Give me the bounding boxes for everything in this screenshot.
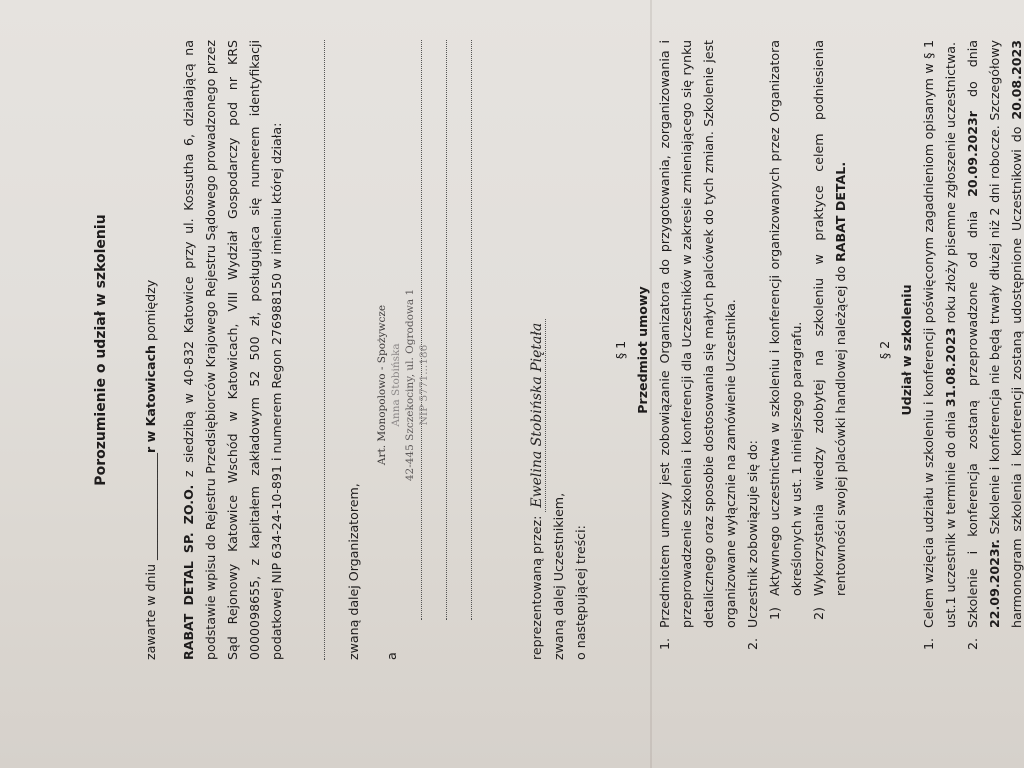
stamp-line-4: NIP 5771...186 (417, 260, 431, 510)
represented-by-label: reprezentowaną przez: (529, 516, 544, 660)
section-1-item-text: Uczestnik zobowiązuje się do: (745, 440, 760, 628)
concluded-suffix: pomiędzy (143, 280, 158, 341)
participant-blank-2 (432, 40, 447, 620)
place-label: r w Katowicach (143, 345, 158, 453)
document-page-rotated: Porozumienie o udział w szkoleniu zawart… (0, 0, 1024, 768)
organizer-block: RABAT DETAL SP. ZO.O. z siedzibą w 40-83… (178, 40, 288, 660)
organizer-representative-blank (310, 40, 325, 660)
participant-called-as: zwaną dalej Uczestnikiem, (548, 40, 570, 660)
subitem-text: Wykorzystania wiedzy zdobytej na szkolen… (808, 40, 852, 596)
representative-line: reprezentowaną przez: Ewelina Stobińska … (526, 40, 548, 660)
section-1-subitem: 1)Aktywnego uczestnictwa w szkoleniu i k… (764, 40, 808, 620)
item-text: Szkolenie i konferencja zostaną przeprow… (965, 197, 980, 628)
document-title: Porozumienie o udział w szkoleniu (90, 40, 112, 660)
subitem-text: Aktywnego uczestnictwa w szkoleniu i kon… (764, 40, 808, 596)
represented-by-signature: Ewelina Stobińska Piętała (529, 319, 546, 512)
participant-letter: a (381, 650, 403, 660)
participant-block: a Art. Monopolowo - Spożywcze Anna Stobi… (381, 40, 482, 660)
participant-stamp: Art. Monopolowo - Spożywcze Anna Stobińs… (375, 260, 431, 510)
subitem-number: 2) (808, 596, 852, 620)
stamp-line-2: Anna Stobińska (389, 260, 403, 510)
concluded-line: zawarte w dniu _________________r w Kato… (140, 40, 162, 660)
section-1-item: Przedmiotem umowy jest zobowiązanie Orga… (654, 40, 742, 634)
section-1-mark: § 1 (610, 40, 632, 660)
section-1-sublist: 1)Aktywnego uczestnictwa w szkoleniu i k… (764, 40, 852, 628)
bold-date: 22.09.2023r. (987, 539, 1002, 628)
following-content: o następującej treści: (570, 40, 592, 660)
stamp-line-1: Art. Monopolowo - Spożywcze (375, 260, 389, 510)
section-1-subitem: 2)Wykorzystania wiedzy zdobytej na szkol… (808, 40, 852, 620)
organizer-called-as: zwaną dalej Organizatorem, (343, 40, 365, 660)
organizer-name: RABAT DETAL SP. ZO.O. (181, 485, 196, 660)
date-blank: _________________ (143, 453, 158, 560)
section-2-item: Szkolenie i konferencja zostaną przeprow… (962, 40, 1024, 634)
company-name-bold: RABAT DETAL. (833, 162, 848, 262)
section-2-list: Celem wzięcia udziału w szkoleniu i konf… (918, 40, 1024, 660)
participant-blank-3 (457, 40, 472, 620)
stamp-line-3: 42-445 Szczekociny, ul. Ogrodowa 1 (403, 260, 417, 510)
document-page: Porozumienie o udział w szkoleniu zawart… (0, 0, 1024, 768)
subitem-number: 1) (764, 596, 808, 620)
section-1-title: Przedmiot umowy (632, 40, 654, 660)
section-2-title: Udział w szkoleniu (896, 40, 918, 660)
document-content: Porozumienie o udział w szkoleniu zawart… (60, 40, 1024, 660)
bold-date: 31.08.2023 (943, 327, 958, 407)
item-text: roku złoży pisemne zgłoszenie uczestnict… (943, 42, 958, 327)
bold-date: 20.09.2023r (965, 111, 980, 197)
section-2-mark: § 2 (874, 40, 896, 660)
concluded-prefix: zawarte w dniu (143, 564, 158, 660)
section-1-item-text: Przedmiotem umowy jest zobowiązanie Orga… (657, 40, 738, 628)
section-1-item: Uczestnik zobowiązuje się do:1)Aktywnego… (742, 40, 852, 634)
section-2-item: Celem wzięcia udziału w szkoleniu i konf… (918, 40, 962, 634)
section-1-list: Przedmiotem umowy jest zobowiązanie Orga… (654, 40, 852, 660)
item-text: do dnia (965, 40, 980, 111)
organizer-description: z siedzibą w 40-832 Katowice przy ul. Ko… (181, 40, 284, 660)
